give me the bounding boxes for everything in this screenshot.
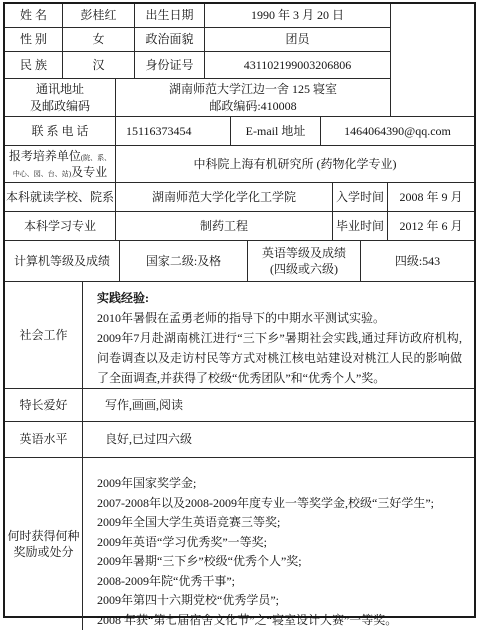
awards-label: 何时获得何种 奖励或处分 xyxy=(5,458,83,630)
name-label: 姓 名 xyxy=(5,4,63,27)
address-value-line2: 邮政编码:410008 xyxy=(209,98,296,114)
award-item: 2008 年获“第七届宿舍文化节”之“寝室设计大赛”一等奖。 xyxy=(97,611,464,630)
gender-value: 女 xyxy=(63,28,135,51)
political-status-value: 团员 xyxy=(205,28,390,51)
practice-heading: 实践经验: xyxy=(97,288,462,308)
address-value-line1: 湖南师范大学江边一舍 125 寝室 xyxy=(169,81,337,97)
row-target-unit: 报考培养单位(院、系、 中心、园、台、站)及专业 中科院上海有机研究所 (药物化… xyxy=(5,146,474,183)
computer-grade-label: 计算机等级及成绩 xyxy=(5,241,120,281)
undergrad-major-value: 制药工程 xyxy=(116,212,333,240)
award-item: 2009年暑期“三下乡”校级“优秀个人”奖; xyxy=(97,552,464,572)
id-number-value: 431102199003206806 xyxy=(205,52,390,78)
target-unit-label: 报考培养单位(院、系、 中心、园、台、站)及专业 xyxy=(5,146,116,182)
target-unit-label-bottom: 中心、园、台、站)及专业 xyxy=(13,164,107,180)
row-social-work: 社会工作 实践经验: 2010年暑假在孟勇老师的指导下的中期水平测试实验。 20… xyxy=(5,282,474,389)
row-hobby: 特长爱好 写作,画画,阅读 xyxy=(5,389,474,422)
hobby-value: 写作,画画,阅读 xyxy=(83,389,474,421)
row-awards: 何时获得何种 奖励或处分 2009年国家奖学金; 2007-2008年以及200… xyxy=(5,458,474,630)
gender-label: 性 别 xyxy=(5,28,63,51)
address-label-line1: 通讯地址 xyxy=(36,81,84,97)
practice-item: 2009年7月赴湖南桃江进行“三下乡”暑期社会实践,通过拜访政府机构,问卷调查以… xyxy=(97,328,462,388)
application-form: 姓 名 彭桂红 出生日期 1990 年 3 月 20 日 性 别 女 政治面貌 … xyxy=(3,2,476,618)
award-item: 2009年国家奖学金; xyxy=(97,474,464,494)
awards-label-line1: 何时获得何种 xyxy=(7,528,79,544)
english-grade-label-line2: (四级或六级) xyxy=(270,261,338,277)
birth-date-label: 出生日期 xyxy=(135,4,205,27)
computer-grade-value: 国家二级:及格 xyxy=(120,241,248,281)
row-english-level: 英语水平 良好,已过四六级 xyxy=(5,422,474,458)
birth-date-value: 1990 年 3 月 20 日 xyxy=(205,4,390,27)
english-grade-label-line1: 英语等级及成绩 xyxy=(262,245,346,261)
award-item: 2007-2008年以及2008-2009年度专业一等奖学金,校级“三好学生”; xyxy=(97,494,464,514)
graduate-time-label: 毕业时间 xyxy=(333,212,388,240)
row-undergrad-school: 本科就读学校、院系 湖南师范大学化学化工学院 入学时间 2008 年 9 月 xyxy=(5,183,474,212)
award-item: 2008-2009年院“优秀干事”; xyxy=(97,572,464,592)
english-level-value: 良好,已过四六级 xyxy=(83,422,474,457)
basic-info-rows: 姓 名 彭桂红 出生日期 1990 年 3 月 20 日 性 别 女 政治面貌 … xyxy=(5,4,391,116)
ethnic-value: 汉 xyxy=(63,52,135,78)
address-label-line2: 及邮政编码 xyxy=(30,98,90,114)
award-item: 2009年英语“学习优秀奖”一等奖; xyxy=(97,533,464,553)
undergrad-major-label: 本科学习专业 xyxy=(5,212,116,240)
row-grades: 计算机等级及成绩 国家二级:及格 英语等级及成绩 (四级或六级) 四级:543 xyxy=(5,241,474,282)
row-gender-political: 性 别 女 政治面貌 团员 xyxy=(5,28,390,52)
photo-cell xyxy=(391,4,474,116)
english-grade-label: 英语等级及成绩 (四级或六级) xyxy=(248,241,361,281)
basic-info-section: 姓 名 彭桂红 出生日期 1990 年 3 月 20 日 性 别 女 政治面貌 … xyxy=(5,4,474,117)
political-status-label: 政治面貌 xyxy=(135,28,205,51)
row-contact: 联 系 电 话 15116373454 E-mail 地址 1464064390… xyxy=(5,117,474,146)
awards-content: 2009年国家奖学金; 2007-2008年以及2008-2009年度专业一等奖… xyxy=(83,458,474,630)
phone-value: 15116373454 xyxy=(116,117,231,145)
graduate-time-value: 2012 年 6 月 xyxy=(388,212,474,240)
undergrad-school-label: 本科就读学校、院系 xyxy=(5,183,116,211)
address-label: 通讯地址 及邮政编码 xyxy=(5,79,116,116)
target-unit-label-top: 报考培养单位(院、系、 xyxy=(9,148,111,164)
awards-label-line2: 奖励或处分 xyxy=(13,544,73,560)
awards-list: 2009年国家奖学金; 2007-2008年以及2008-2009年度专业一等奖… xyxy=(83,458,474,630)
social-work-content: 实践经验: 2010年暑假在孟勇老师的指导下的中期水平测试实验。 2009年7月… xyxy=(83,282,474,388)
row-undergrad-major: 本科学习专业 制药工程 毕业时间 2012 年 6 月 xyxy=(5,212,474,241)
row-address: 通讯地址 及邮政编码 湖南师范大学江边一舍 125 寝室 邮政编码:410008 xyxy=(5,79,390,116)
row-name-birth: 姓 名 彭桂红 出生日期 1990 年 3 月 20 日 xyxy=(5,4,390,28)
phone-label: 联 系 电 话 xyxy=(5,117,116,145)
name-value: 彭桂红 xyxy=(63,4,135,27)
address-value: 湖南师范大学江边一舍 125 寝室 邮政编码:410008 xyxy=(116,79,390,116)
award-item: 2009年全国大学生英语竞赛三等奖; xyxy=(97,513,464,533)
email-label: E-mail 地址 xyxy=(231,117,321,145)
english-level-label: 英语水平 xyxy=(5,422,83,457)
undergrad-school-value: 湖南师范大学化学化工学院 xyxy=(116,183,333,211)
enroll-time-value: 2008 年 9 月 xyxy=(388,183,474,211)
social-work-text: 实践经验: 2010年暑假在孟勇老师的指导下的中期水平测试实验。 2009年7月… xyxy=(83,282,474,388)
hobby-label: 特长爱好 xyxy=(5,389,83,421)
target-unit-value: 中科院上海有机研究所 (药物化学专业) xyxy=(116,146,474,182)
email-value: 1464064390@qq.com xyxy=(321,117,474,145)
practice-item: 2010年暑假在孟勇老师的指导下的中期水平测试实验。 xyxy=(97,308,462,328)
social-work-label: 社会工作 xyxy=(5,282,83,388)
enroll-time-label: 入学时间 xyxy=(333,183,388,211)
id-number-label: 身份证号 xyxy=(135,52,205,78)
row-ethnic-id: 民 族 汉 身份证号 431102199003206806 xyxy=(5,52,390,79)
award-item: 2009年第四十六期党校“优秀学员”; xyxy=(97,591,464,611)
ethnic-label: 民 族 xyxy=(5,52,63,78)
english-grade-value: 四级:543 xyxy=(361,241,474,281)
